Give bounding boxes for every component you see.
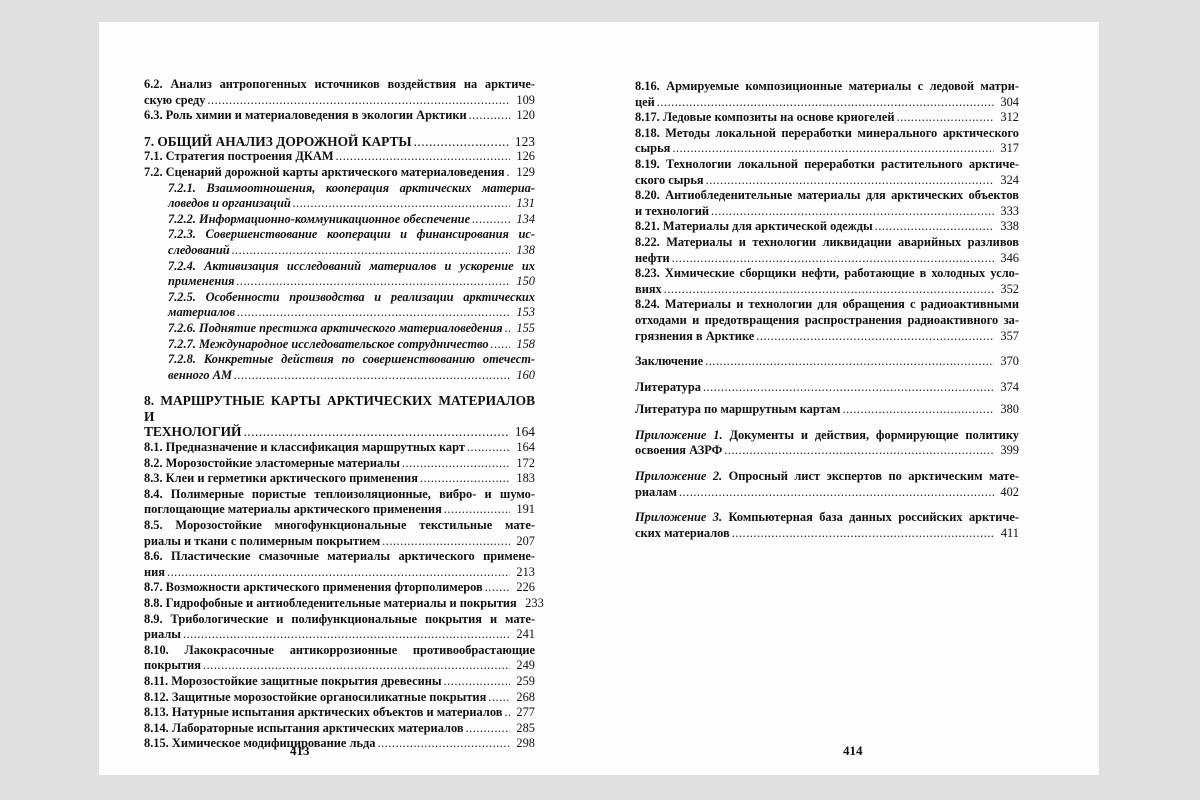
toc-entry-title: нефти [635, 251, 670, 267]
toc-page-number: 123 [513, 134, 535, 150]
toc-page-number: 134 [513, 212, 535, 228]
toc-entry-title: 8.3. Клеи и герметики арктического приме… [144, 471, 418, 487]
dot-leader [382, 534, 510, 550]
toc-entry-title: 7. ОБЩИЙ АНАЛИЗ ДОРОЖНОЙ КАРТЫ [144, 134, 412, 150]
toc-entry-title: риалы [144, 627, 181, 643]
dot-leader [183, 627, 510, 643]
dot-leader [466, 721, 510, 737]
toc-entry-8.9[interactable]: 8.9. Трибологические и полифункциональны… [144, 612, 535, 643]
toc-entry-8.4[interactable]: 8.4. Полимерные пористые теплоизоляционн… [144, 487, 535, 518]
toc-entry-8.14[interactable]: 8.14. Лабораторные испытания арктических… [144, 721, 535, 737]
toc-entry-title-line: 8.5. Морозостойкие многофункциональные т… [144, 518, 535, 534]
toc-entry-title: 8.15. Химическое модифицирование льда [144, 736, 375, 752]
toc-page-number: 233 [522, 596, 544, 612]
toc-spacer [635, 370, 1019, 380]
toc-entry-title-line: 8.9. Трибологические и полифункциональны… [144, 612, 535, 628]
toc-entry-title: Заключение [635, 354, 703, 370]
toc-page-number: 160 [513, 368, 535, 384]
toc-page-number: 352 [997, 282, 1019, 298]
toc-entry-title: 8.12. Защитные морозостойкие органосилик… [144, 690, 486, 706]
toc-entry-title: покрытия [144, 658, 201, 674]
toc-page-number: 138 [513, 243, 535, 259]
toc-page-number: 249 [513, 658, 535, 674]
toc-entry-title: ния [144, 565, 165, 581]
toc-page-number: 191 [513, 502, 535, 518]
toc-entry-title-line: 8.4. Полимерные пористые теплоизоляционн… [144, 487, 535, 503]
toc-page-number: 312 [997, 110, 1019, 126]
dot-leader [402, 456, 510, 472]
toc-page-number: 164 [513, 424, 535, 440]
toc-page-number: 399 [997, 443, 1019, 459]
dot-leader [488, 690, 510, 706]
toc-entry-title-line: 8.6. Пластические смазочные материалы ар… [144, 549, 535, 565]
toc-entry-8.2[interactable]: 8.2. Морозостойкие эластомерные материал… [144, 456, 535, 472]
toc-right: 8.16. Армируемые композиционные материал… [635, 79, 1019, 541]
toc-page-number: 153 [513, 305, 535, 321]
toc-entry-title-line: Приложение 2. Опросный лист экспертов по… [635, 469, 1019, 485]
toc-spacer [144, 383, 535, 393]
appendix-prefix: Приложение 1. [635, 428, 723, 442]
toc-page-number: 333 [997, 204, 1019, 220]
toc-entry-8.21[interactable]: 8.21. Материалы для арктической одежды33… [635, 219, 1019, 235]
toc-entry-7.2.7[interactable]: 7.2.7. Международное исследовательское с… [144, 337, 535, 353]
toc-entry-title-line: Приложение 1. Документы и действия, форм… [635, 428, 1019, 444]
dot-leader [672, 141, 994, 157]
page-number-right: 414 [843, 743, 863, 759]
toc-entry-title-line: 8.10. Лакокрасочные антикоррозионные про… [144, 643, 535, 659]
toc-entry-title: ского сырья [635, 173, 704, 189]
toc-entry-title: 7.1. Стратегия построения ДКАМ [144, 149, 334, 165]
toc-entry-title: ских материалов [635, 526, 730, 542]
toc-entry-title-line: Приложение 3. Компьютерная база данных р… [635, 510, 1019, 526]
dot-leader [703, 380, 994, 396]
toc-spacer [635, 418, 1019, 428]
toc-entry-6.2[interactable]: 6.2. Анализ антропогенных источников воз… [144, 77, 535, 108]
toc-page-number: 164 [513, 440, 535, 456]
toc-entry-7.2.3[interactable]: 7.2.3. Совершенствование кооперации и фи… [144, 227, 535, 258]
dot-leader [377, 736, 510, 752]
toc-page-number: 183 [513, 471, 535, 487]
toc-entry-title: Литература по маршрутным картам [635, 402, 840, 418]
toc-entry-title: 8.8. Гидрофобные и антиобледенительные м… [144, 596, 517, 612]
toc-entry-title: 6.3. Роль химии и материаловедения в эко… [144, 108, 467, 124]
toc-entry-appendix-1[interactable]: Приложение 1. Документы и действия, форм… [635, 428, 1019, 459]
toc-entry-7.1[interactable]: 7.1. Стратегия построения ДКАМ126 [144, 149, 535, 165]
toc-page-number: 357 [997, 329, 1019, 345]
toc-spacer [635, 459, 1019, 469]
toc-entry-conclusion[interactable]: Заключение370 [635, 354, 1019, 370]
dot-leader [472, 212, 510, 228]
toc-entry-title: риалам [635, 485, 677, 501]
dot-leader [234, 368, 510, 384]
appendix-prefix: Приложение 2. [635, 469, 722, 483]
dot-leader [207, 93, 510, 109]
dot-leader [293, 196, 510, 212]
toc-entry-title-line: 8.23. Химические сборщики нефти, работаю… [635, 266, 1019, 282]
toc-entry-title-line: 8.18. Методы локальной переработки минер… [635, 126, 1019, 142]
toc-entry-8.18[interactable]: 8.18. Методы локальной переработки минер… [635, 126, 1019, 157]
toc-entry-8.10[interactable]: 8.10. Лакокрасочные антикоррозионные про… [144, 643, 535, 674]
dot-leader [336, 149, 510, 165]
toc-page-number: 402 [997, 485, 1019, 501]
toc-page-number: 374 [997, 380, 1019, 396]
right-page: 8.16. Армируемые композиционные материал… [599, 22, 1099, 775]
toc-entry-title-line: 8.24. Материалы и технологии для обращен… [635, 297, 1019, 313]
dot-leader [237, 305, 510, 321]
toc-page-number: 346 [997, 251, 1019, 267]
dot-leader [664, 282, 994, 298]
toc-entry-title: 8.11. Морозостойкие защитные покрытия др… [144, 674, 442, 690]
toc-entry-title: 8.2. Морозостойкие эластомерные материал… [144, 456, 400, 472]
toc-entry-title: цей [635, 95, 655, 111]
toc-entry-title-line: 6.2. Анализ антропогенных источников воз… [144, 77, 535, 93]
toc-left: 6.2. Анализ антропогенных источников воз… [144, 77, 535, 752]
toc-entry-8.15[interactable]: 8.15. Химическое модифицирование льда298 [144, 736, 535, 752]
toc-entry-title-line: 8.19. Технологии локальной переработки р… [635, 157, 1019, 173]
toc-entry-title-line: 8.22. Материалы и технологии ликвидации … [635, 235, 1019, 251]
toc-entry-title: 8.21. Материалы для арктической одежды [635, 219, 873, 235]
dot-leader [705, 354, 994, 370]
toc-page-number: 109 [513, 93, 535, 109]
toc-entry-8.16[interactable]: 8.16. Армируемые композиционные материал… [635, 79, 1019, 110]
toc-entry-literature-maps[interactable]: Литература по маршрутным картам380 [635, 402, 1019, 418]
toc-entry-8.7[interactable]: 8.7. Возможности арктического применения… [144, 580, 535, 596]
toc-entry-title-line: 8. МАРШРУТНЫЕ КАРТЫ АРКТИЧЕСКИХ МАТЕРИАЛ… [144, 393, 535, 424]
toc-entry-8.6[interactable]: 8.6. Пластические смазочные материалы ар… [144, 549, 535, 580]
toc-page-number: 158 [513, 337, 535, 353]
dot-leader [414, 134, 510, 150]
toc-entry-title-line: 8.16. Армируемые композиционные материал… [635, 79, 1019, 95]
toc-entry-title: 8.17. Ледовые композиты на основе криоге… [635, 110, 895, 126]
toc-entry-title-line: 7.2.1. Взаимоотношения, кооперация аркти… [168, 181, 535, 197]
dot-leader [507, 165, 510, 181]
toc-entry-title: материалов [168, 305, 235, 321]
toc-entry-7.2.2[interactable]: 7.2.2. Информационно-коммуникационное об… [144, 212, 535, 228]
toc-entry-8.3[interactable]: 8.3. Клеи и герметики арктического приме… [144, 471, 535, 487]
dot-leader [657, 95, 994, 111]
toc-entry-title: виях [635, 282, 662, 298]
left-page: 6.2. Анализ антропогенных источников воз… [99, 22, 599, 775]
dot-leader [505, 321, 510, 337]
dot-leader [167, 565, 510, 581]
toc-page-number: 338 [997, 219, 1019, 235]
toc-page-number: 226 [513, 580, 535, 596]
dot-leader [237, 274, 511, 290]
toc-entry-8.24[interactable]: 8.24. Материалы и технологии для обращен… [635, 297, 1019, 344]
toc-entry-literature[interactable]: Литература374 [635, 380, 1019, 396]
dot-leader [504, 705, 510, 721]
toc-entry-title: венного АМ [168, 368, 232, 384]
toc-page-number: 150 [513, 274, 535, 290]
dot-leader [672, 251, 994, 267]
toc-entry-title: 8.1. Предназначение и классификация марш… [144, 440, 465, 456]
toc-entry-title: 8.13. Натурные испытания арктических объ… [144, 705, 502, 721]
toc-spacer [144, 124, 535, 134]
page-number-left: 413 [290, 743, 310, 759]
toc-entry-title: 7.2.6. Поднятие престижа арктического ма… [168, 321, 503, 337]
toc-page-number: 129 [513, 165, 535, 181]
dot-leader [679, 485, 994, 501]
toc-entry-title: скую среду [144, 93, 205, 109]
toc-page-number: 380 [997, 402, 1019, 418]
toc-entry-title: ловедов и организаций [168, 196, 291, 212]
toc-entry-title-line: отходами и предотвращения распространени… [635, 313, 1019, 329]
toc-entry-title: 7.2. Сценарий дорожной карты арктическог… [144, 165, 505, 181]
toc-page-number: 213 [513, 565, 535, 581]
dot-leader [732, 526, 994, 542]
toc-entry-8.11[interactable]: 8.11. Морозостойкие защитные покрытия др… [144, 674, 535, 690]
toc-entry-7[interactable]: 7. ОБЩИЙ АНАЛИЗ ДОРОЖНОЙ КАРТЫ123 [144, 134, 535, 150]
dot-leader [756, 329, 994, 345]
dot-leader [420, 471, 510, 487]
toc-entry-7.2.6[interactable]: 7.2.6. Поднятие престижа арктического ма… [144, 321, 535, 337]
dot-leader [469, 108, 510, 124]
toc-entry-title: следований [168, 243, 230, 259]
toc-entry-title: сырья [635, 141, 670, 157]
appendix-prefix: Приложение 3. [635, 510, 722, 524]
toc-page-number: 370 [997, 354, 1019, 370]
dot-leader [724, 443, 994, 459]
toc-entry-7.2[interactable]: 7.2. Сценарий дорожной карты арктическог… [144, 165, 535, 181]
toc-entry-8.22[interactable]: 8.22. Материалы и технологии ликвидации … [635, 235, 1019, 266]
toc-entry-appendix-3[interactable]: Приложение 3. Компьютерная база данных р… [635, 510, 1019, 541]
toc-spacer [635, 344, 1019, 354]
toc-page-number: 324 [997, 173, 1019, 189]
dot-leader [875, 219, 994, 235]
toc-page-number: 259 [513, 674, 535, 690]
toc-entry-title-line: 7.2.8. Конкретные действия по совершенст… [168, 352, 535, 368]
toc-entry-title: 7.2.7. Международное исследовательское с… [168, 337, 489, 353]
toc-entry-8.13[interactable]: 8.13. Натурные испытания арктических объ… [144, 705, 535, 721]
toc-page-number: 298 [513, 736, 535, 752]
toc-page-number: 131 [513, 196, 535, 212]
dot-leader [491, 337, 510, 353]
toc-entry-title: и технологий [635, 204, 709, 220]
toc-entry-7.2.5[interactable]: 7.2.5. Особенности производства и реализ… [144, 290, 535, 321]
toc-entry-7.2.8[interactable]: 7.2.8. Конкретные действия по совершенст… [144, 352, 535, 383]
dot-leader [467, 440, 510, 456]
toc-entry-title: 8.7. Возможности арктического применения… [144, 580, 483, 596]
toc-spacer [635, 500, 1019, 510]
book-spread: 6.2. Анализ антропогенных источников воз… [99, 22, 1099, 775]
toc-entry-title: поглощающие материалы арктического приме… [144, 502, 442, 518]
toc-page-number: 317 [997, 141, 1019, 157]
toc-spacer [635, 395, 1019, 402]
toc-page-number: 126 [513, 149, 535, 165]
toc-page-number: 172 [513, 456, 535, 472]
toc-entry-title: 8.14. Лабораторные испытания арктических… [144, 721, 464, 737]
toc-page-number: 277 [513, 705, 535, 721]
toc-page-number: 285 [513, 721, 535, 737]
toc-entry-7.2.1[interactable]: 7.2.1. Взаимоотношения, кооперация аркти… [144, 181, 535, 212]
dot-leader [444, 674, 510, 690]
dot-leader [203, 658, 510, 674]
toc-entry-8.23[interactable]: 8.23. Химические сборщики нефти, работаю… [635, 266, 1019, 297]
toc-page-number: 268 [513, 690, 535, 706]
toc-entry-8.8[interactable]: 8.8. Гидрофобные и антиобледенительные м… [144, 596, 535, 612]
toc-entry-8.17[interactable]: 8.17. Ледовые композиты на основе криоге… [635, 110, 1019, 126]
toc-entry-8.19[interactable]: 8.19. Технологии локальной переработки р… [635, 157, 1019, 188]
toc-page-number: 120 [513, 108, 535, 124]
toc-page-number: 155 [513, 321, 535, 337]
toc-entry-title-line: 7.2.5. Особенности производства и реализ… [168, 290, 535, 306]
toc-entry-8.5[interactable]: 8.5. Морозостойкие многофункциональные т… [144, 518, 535, 549]
toc-entry-8.1[interactable]: 8.1. Предназначение и классификация марш… [144, 440, 535, 456]
dot-leader [706, 173, 994, 189]
toc-entry-8.12[interactable]: 8.12. Защитные морозостойкие органосилик… [144, 690, 535, 706]
toc-entry-title-line: 7.2.4. Активизация исследований материал… [168, 259, 535, 275]
dot-leader [232, 243, 510, 259]
toc-entry-title: Литература [635, 380, 701, 396]
toc-entry-title: применения [168, 274, 235, 290]
dot-leader [897, 110, 994, 126]
toc-entry-title: освоения АЗРФ [635, 443, 722, 459]
toc-entry-6.3[interactable]: 6.3. Роль химии и материаловедения в эко… [144, 108, 535, 124]
toc-entry-7.2.4[interactable]: 7.2.4. Активизация исследований материал… [144, 259, 535, 290]
dot-leader [485, 580, 510, 596]
toc-entry-8.20[interactable]: 8.20. Антиобледенительные материалы для … [635, 188, 1019, 219]
toc-page-number: 207 [513, 534, 535, 550]
dot-leader [842, 402, 994, 418]
toc-page-number: 411 [997, 526, 1019, 542]
toc-entry-appendix-2[interactable]: Приложение 2. Опросный лист экспертов по… [635, 469, 1019, 500]
toc-entry-title: ТЕХНОЛОГИЙ [144, 424, 241, 440]
toc-entry-title: 7.2.2. Информационно-коммуникационное об… [168, 212, 470, 228]
dot-leader [711, 204, 994, 220]
toc-entry-title: риалы и ткани с полимерным покрытием [144, 534, 380, 550]
dot-leader [243, 424, 510, 440]
toc-entry-title-line: 7.2.3. Совершенствование кооперации и фи… [168, 227, 535, 243]
toc-page-number: 304 [997, 95, 1019, 111]
toc-entry-title-line: 8.20. Антиобледенительные материалы для … [635, 188, 1019, 204]
toc-entry-8[interactable]: 8. МАРШРУТНЫЕ КАРТЫ АРКТИЧЕСКИХ МАТЕРИАЛ… [144, 393, 535, 440]
dot-leader [444, 502, 510, 518]
toc-entry-title: грязнения в Арктике [635, 329, 754, 345]
toc-page-number: 241 [513, 627, 535, 643]
